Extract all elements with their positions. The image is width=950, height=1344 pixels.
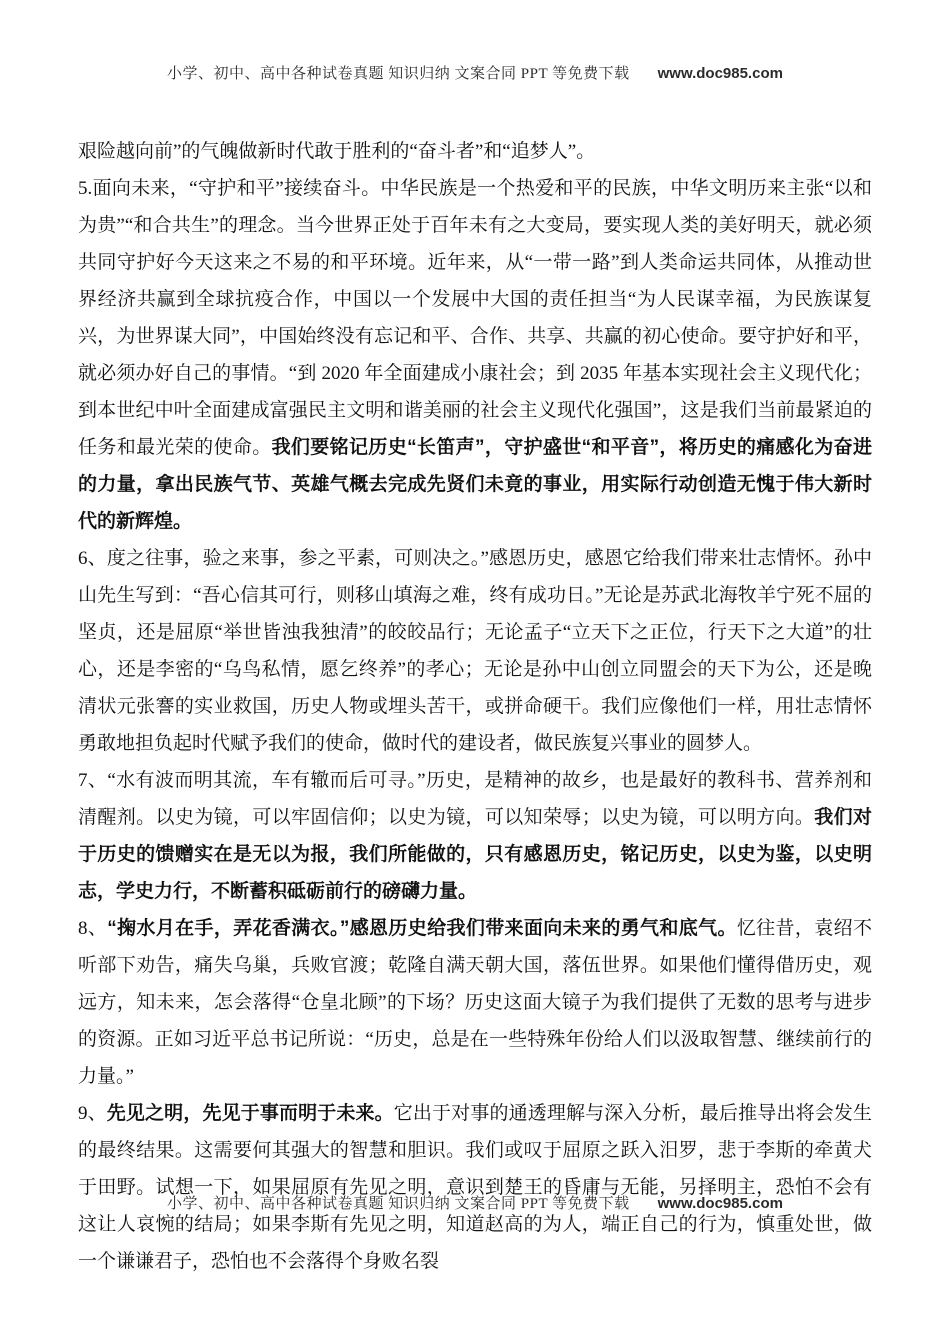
header-site-url: www.doc985.com xyxy=(658,65,783,82)
text-segment: 7、“水有波而明其流，车有辙而后可寻。”历史，是精神的故乡，也是最好的教科书、营… xyxy=(78,770,872,828)
text-segment: 9、 xyxy=(78,1103,107,1124)
text-segment: 艰险越向前”的气魄做新时代敢于胜利的“奋斗者”和“追梦人”。 xyxy=(78,141,595,162)
page-header-watermark: 小学、初中、高中各种试卷真题 知识归纳 文案合同 PPT 等免费下载www.do… xyxy=(0,62,950,83)
text-segment: 忆往昔，袁绍不听部下劝告，痛失乌巢，兵败官渡；乾隆自满天朝大国，落伍世界。如果他… xyxy=(78,918,872,1087)
text-segment: 它出于对事的通透理解与深入分析，最后推导出将会发生的最终结果。这需要何其强大的智… xyxy=(78,1103,872,1272)
footer-site-url: www.doc985.com xyxy=(658,1195,783,1212)
text-segment: 8、 xyxy=(78,918,107,939)
document-body: 艰险越向前”的气魄做新时代敢于胜利的“奋斗者”和“追梦人”。5.面向未来，“守护… xyxy=(78,133,872,1280)
paragraph: 6、度之往事，验之来事，参之平素，可则决之。”感恩历史，感恩它给我们带来壮志情怀… xyxy=(78,540,872,762)
paragraph: 5.面向未来，“守护和平”接续奋斗。中华民族是一个热爱和平的民族，中华文明历来主… xyxy=(78,170,872,540)
bold-text-segment: 先见之明，先见于事而明于未来。 xyxy=(107,1103,394,1124)
footer-watermark-text: 小学、初中、高中各种试卷真题 知识归纳 文案合同 PPT 等免费下载 xyxy=(167,1196,630,1212)
text-segment: 5.面向未来，“守护和平”接续奋斗。中华民族是一个热爱和平的民族，中华文明历来主… xyxy=(78,178,872,458)
paragraph: 9、先见之明，先见于事而明于未来。它出于对事的通透理解与深入分析，最后推导出将会… xyxy=(78,1095,872,1280)
text-segment: 6、度之往事，验之来事，参之平素，可则决之。”感恩历史，感恩它给我们带来壮志情怀… xyxy=(78,548,872,754)
paragraph: 8、“掬水月在手，弄花香满衣。”感恩历史给我们带来面向未来的勇气和底气。忆往昔，… xyxy=(78,910,872,1095)
document-page: 小学、初中、高中各种试卷真题 知识归纳 文案合同 PPT 等免费下载www.do… xyxy=(0,0,950,1344)
header-watermark-text: 小学、初中、高中各种试卷真题 知识归纳 文案合同 PPT 等免费下载 xyxy=(167,66,630,82)
paragraph: 7、“水有波而明其流，车有辙而后可寻。”历史，是精神的故乡，也是最好的教科书、营… xyxy=(78,762,872,910)
page-footer-watermark: 小学、初中、高中各种试卷真题 知识归纳 文案合同 PPT 等免费下载www.do… xyxy=(0,1192,950,1213)
bold-text-segment: “掬水月在手，弄花香满衣。”感恩历史给我们带来面向未来的勇气和底气。 xyxy=(107,918,737,939)
paragraph: 艰险越向前”的气魄做新时代敢于胜利的“奋斗者”和“追梦人”。 xyxy=(78,133,872,170)
